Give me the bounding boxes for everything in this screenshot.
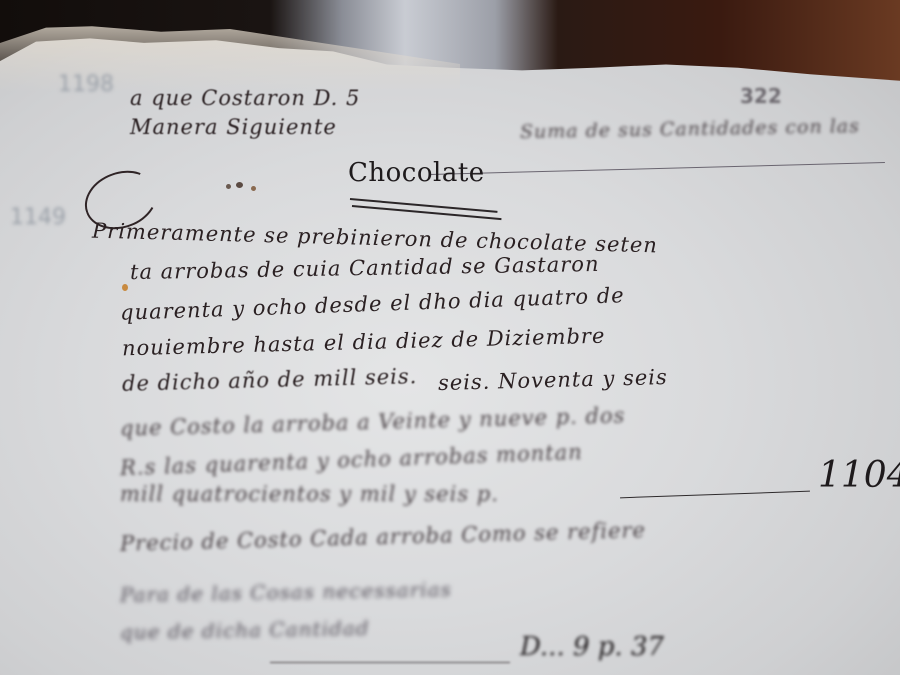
- folio-number: 322: [740, 84, 782, 108]
- heading-line-2: Manera Siguiente: [130, 115, 337, 139]
- ink-spot: [236, 182, 243, 188]
- body-line-11: que de dicha Cantidad: [120, 616, 370, 644]
- body-line-8: mill quatrocientos y mil y seis p.: [120, 482, 499, 506]
- section-title: Chocolate: [348, 158, 485, 188]
- ink-spot: [251, 186, 256, 191]
- ink-spot: [226, 184, 231, 189]
- ink-spot-orange: [122, 284, 128, 291]
- amount-right-margin: 1104: [818, 455, 900, 496]
- amount-bottom: D... 9 p. 37: [520, 632, 664, 662]
- margin-note-left: 1149: [10, 205, 66, 230]
- bottom-rule: [270, 662, 510, 663]
- margin-note-top: 1198: [58, 72, 114, 97]
- heading-line-1: a que Costaron D. 5: [130, 86, 360, 110]
